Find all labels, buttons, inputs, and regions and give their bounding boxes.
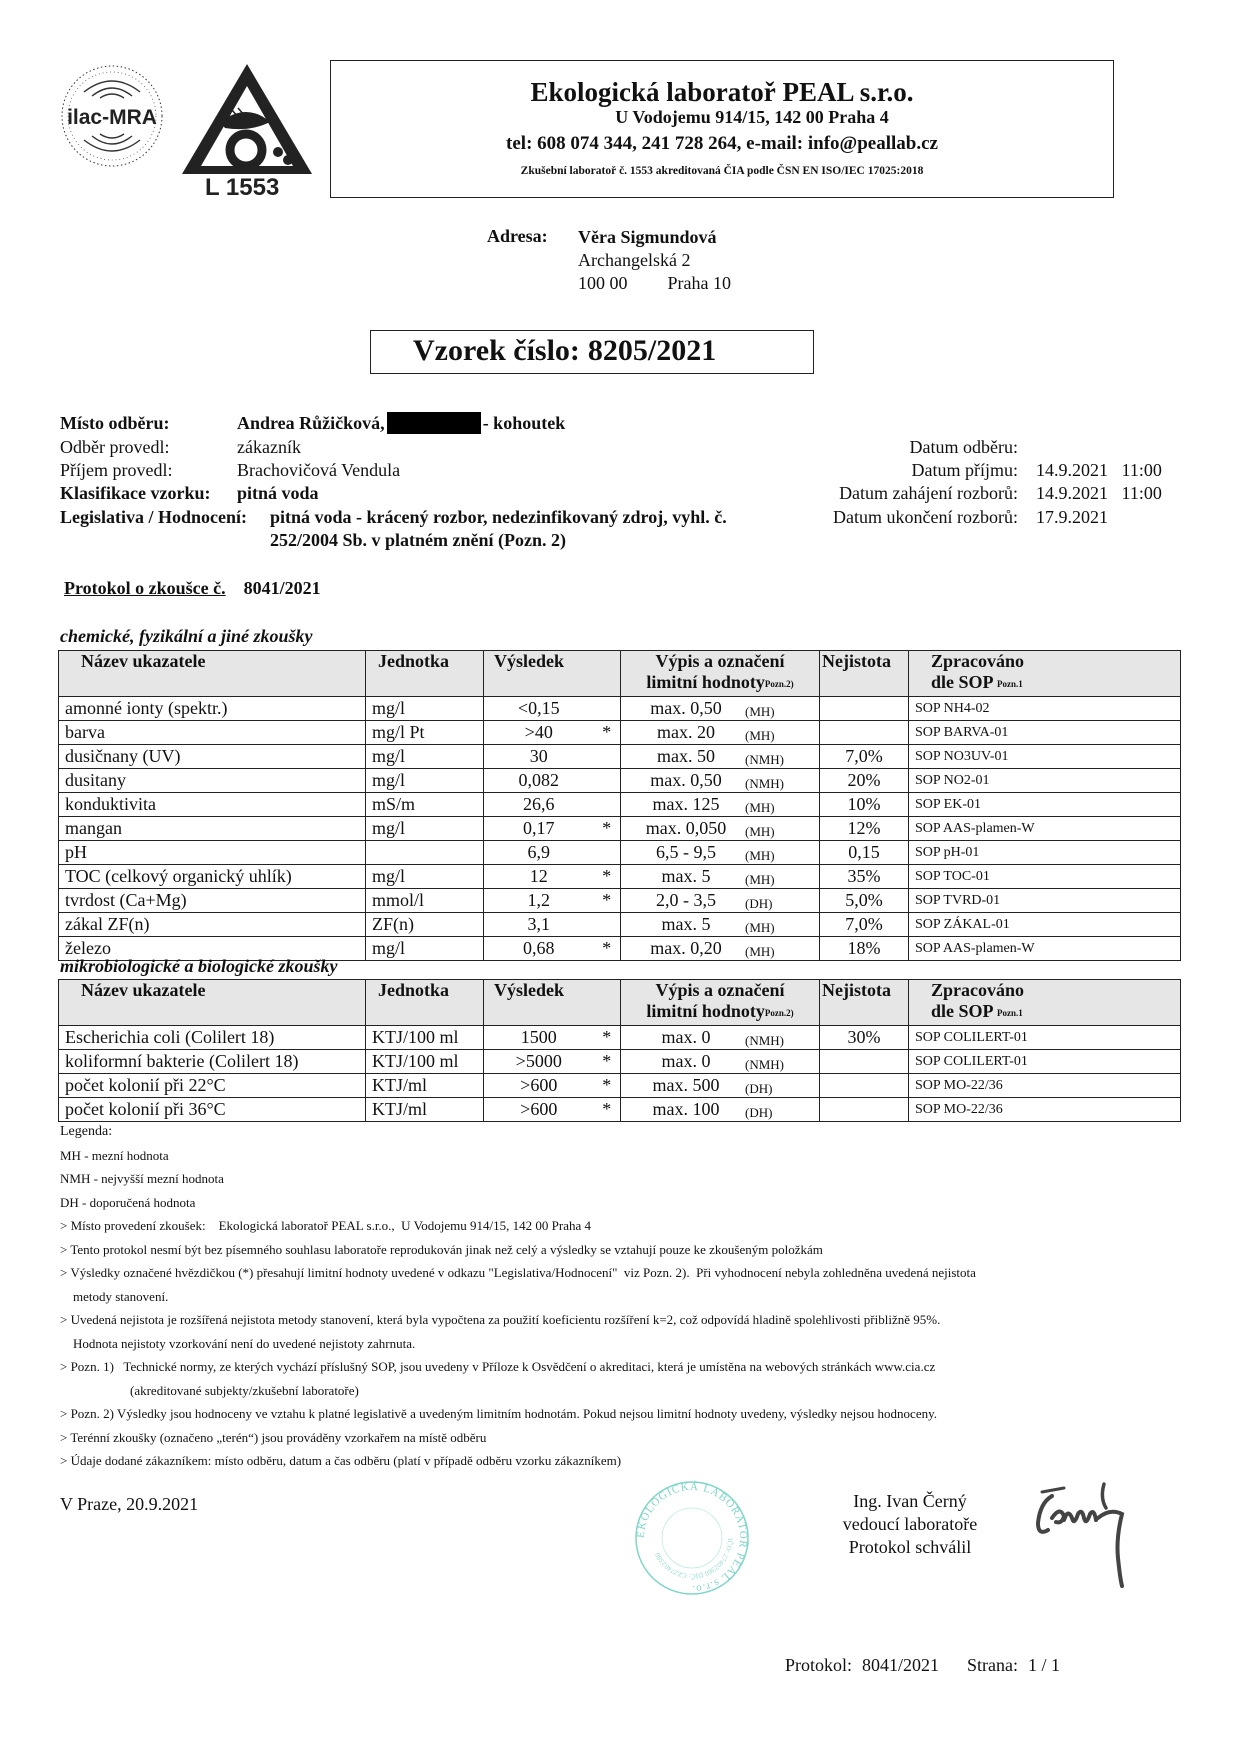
footer-page-value: 1 / 1	[1028, 1655, 1060, 1675]
row-exceed-marker: *	[594, 937, 621, 961]
signature	[1030, 1478, 1150, 1593]
lab-accreditation: Zkušební laboratoř č. 1553 akreditovaná …	[331, 165, 1113, 177]
row-limit-type: (MH)	[745, 944, 775, 959]
misto-odberu-value: Andrea Růžičková,- kohoutek	[237, 412, 565, 434]
row-name: dusičnany (UV)	[59, 745, 366, 769]
row-limit: max. 0,20(MH)	[621, 937, 820, 961]
legislativa-label: Legislativa / Hodnocení:	[60, 506, 247, 528]
row-sop: SOP MO-22/36	[909, 1098, 1181, 1122]
row-limit: max. 0(NMH)	[621, 1050, 820, 1074]
row-sop: SOP COLILERT-01	[909, 1050, 1181, 1074]
row-exceed-marker: *	[594, 1098, 621, 1122]
row-uncertainty: 10%	[820, 793, 909, 817]
legend-dh: DH - doporučená hodnota	[60, 1191, 976, 1215]
prijem-provedl-label: Příjem provedl:	[60, 459, 172, 481]
row-unit: mS/m	[366, 793, 484, 817]
sop-header-note: Pozn.1	[997, 1008, 1023, 1018]
col-star-header	[594, 651, 621, 697]
legislativa-value-1: pitná voda - krácený rozbor, nedezinfiko…	[270, 506, 727, 528]
col-uncertainty-header: Nejistota	[820, 651, 909, 697]
col-result-header: Výsledek	[484, 651, 594, 697]
table-row: počet kolonií při 22°CKTJ/ml>600*max. 50…	[59, 1074, 1181, 1098]
row-result: >600	[484, 1098, 594, 1122]
row-limit-type: (DH)	[745, 1105, 772, 1120]
row-limit: max. 5(MH)	[621, 913, 820, 937]
legend-note: > Pozn. 1) Technické normy, ze kterých v…	[60, 1355, 976, 1379]
row-uncertainty	[820, 1074, 909, 1098]
ilac-mra-logo: ilac-MRA	[58, 62, 166, 170]
micro-results-table: Název ukazatele Jednotka Výsledek Výpis …	[58, 979, 1181, 1122]
row-unit: mg/l	[366, 865, 484, 889]
row-limit-value: max. 500	[627, 1075, 745, 1096]
micro-section-title: mikrobiologické a biologické zkoušky	[60, 956, 337, 977]
row-name: konduktivita	[59, 793, 366, 817]
row-result: 6,9	[484, 841, 594, 865]
row-uncertainty: 30%	[820, 1026, 909, 1050]
row-uncertainty: 0,15	[820, 841, 909, 865]
table-row: tvrdost (Ca+Mg)mmol/l1,2*2,0 - 3,5(DH)5,…	[59, 889, 1181, 913]
row-name: amonné ionty (spektr.)	[59, 697, 366, 721]
legend-note: > Uvedená nejistota je rozšířená nejisto…	[60, 1308, 976, 1332]
row-result: 0,17	[484, 817, 594, 841]
legend-note: > Terénní zkoušky (označeno „terén“) jso…	[60, 1426, 976, 1450]
limit-header-note: Pozn.2)	[765, 1008, 794, 1018]
row-limit-type: (MH)	[745, 872, 775, 887]
row-exceed-marker: *	[594, 1074, 621, 1098]
row-unit: KTJ/ml	[366, 1074, 484, 1098]
datum-odberu-label: Datum odběru:	[718, 436, 1018, 458]
row-unit: ZF(n)	[366, 913, 484, 937]
row-unit: KTJ/ml	[366, 1098, 484, 1122]
col-uncertainty-header: Nejistota	[820, 980, 909, 1026]
row-result: 30	[484, 745, 594, 769]
svg-text:ilac-MRA: ilac-MRA	[67, 106, 157, 129]
misto-odberu-point: - kohoutek	[483, 413, 566, 433]
table-row: zákal ZF(n)ZF(n)3,1max. 5(MH)7,0%SOP ZÁK…	[59, 913, 1181, 937]
row-name: mangan	[59, 817, 366, 841]
row-limit: max. 50(NMH)	[621, 745, 820, 769]
legend-title: Legenda:	[60, 1120, 976, 1144]
footer-protocol-number: 8041/2021	[862, 1655, 939, 1675]
col-name-header: Název ukazatele	[59, 651, 366, 697]
legend-mh: MH - mezní hodnota	[60, 1144, 976, 1168]
row-unit: mg/l Pt	[366, 721, 484, 745]
accreditation-code: L 1553	[205, 174, 279, 202]
row-unit: mg/l	[366, 817, 484, 841]
row-sop: SOP pH-01	[909, 841, 1181, 865]
row-unit: KTJ/100 ml	[366, 1026, 484, 1050]
row-limit-value: max. 0,20	[627, 938, 745, 959]
row-uncertainty: 7,0%	[820, 745, 909, 769]
row-sop: SOP AAS-plamen-W	[909, 937, 1181, 961]
limit-header-line2: limitní hodnoty	[646, 1001, 765, 1021]
legend-note: > Tento protokol nesmí být bez písemného…	[60, 1238, 976, 1262]
row-limit: max. 0(NMH)	[621, 1026, 820, 1050]
row-limit-type: (NMH)	[745, 752, 784, 767]
row-sop: SOP NO2-01	[909, 769, 1181, 793]
legislativa-value-2: 252/2004 Sb. v platném znění (Pozn. 2)	[270, 529, 566, 551]
table-row: počet kolonií při 36°CKTJ/ml>600*max. 10…	[59, 1098, 1181, 1122]
limit-header-line1: Výpis a označení	[655, 980, 784, 1000]
row-unit: mg/l	[366, 769, 484, 793]
col-unit-header: Jednotka	[366, 980, 484, 1026]
table-row: TOC (celkový organický uhlík)mg/l12*max.…	[59, 865, 1181, 889]
row-result: 12	[484, 865, 594, 889]
row-limit-value: max. 0,50	[627, 698, 745, 719]
row-limit-value: max. 20	[627, 722, 745, 743]
col-star-header	[594, 980, 621, 1026]
row-uncertainty	[820, 1050, 909, 1074]
row-sop: SOP MO-22/36	[909, 1074, 1181, 1098]
row-result: >5000	[484, 1050, 594, 1074]
datum-zahajeni-label: Datum zahájení rozborů:	[718, 482, 1018, 504]
row-exceed-marker	[594, 745, 621, 769]
row-name: barva	[59, 721, 366, 745]
row-limit-type: (MH)	[745, 920, 775, 935]
row-limit-value: max. 0,050	[627, 818, 745, 839]
row-exceed-marker	[594, 769, 621, 793]
sop-header-line2: dle SOP	[931, 672, 993, 692]
address-street: Archangelská 2	[578, 249, 731, 272]
row-result: >40	[484, 721, 594, 745]
misto-odberu-name: Andrea Růžičková,	[237, 413, 385, 433]
row-uncertainty: 35%	[820, 865, 909, 889]
row-limit: 2,0 - 3,5(DH)	[621, 889, 820, 913]
table-row: konduktivitamS/m26,6max. 125(MH)10%SOP E…	[59, 793, 1181, 817]
row-limit: max. 0,50(MH)	[621, 697, 820, 721]
protocol-label: Protokol o zkoušce č.	[64, 578, 226, 598]
table-row: pH6,96,5 - 9,5(MH)0,15SOP pH-01	[59, 841, 1181, 865]
row-result: 26,6	[484, 793, 594, 817]
row-result: >600	[484, 1074, 594, 1098]
legend-note: metody stanovení.	[60, 1285, 976, 1309]
row-limit-type: (NMH)	[745, 776, 784, 791]
row-unit: mmol/l	[366, 889, 484, 913]
datum-prijmu-label: Datum příjmu:	[718, 459, 1018, 481]
protocol-number: 8041/2021	[244, 578, 321, 598]
table-row: manganmg/l0,17*max. 0,050(MH)12%SOP AAS-…	[59, 817, 1181, 841]
col-name-header: Název ukazatele	[59, 980, 366, 1026]
row-exceed-marker: *	[594, 889, 621, 913]
row-limit-type: (NMH)	[745, 1057, 784, 1072]
row-name: zákal ZF(n)	[59, 913, 366, 937]
row-unit: mg/l	[366, 745, 484, 769]
row-sop: SOP AAS-plamen-W	[909, 817, 1181, 841]
legend-nmh: NMH - nejvyšší mezní hodnota	[60, 1167, 976, 1191]
col-sop-header: Zpracovánodle SOP Pozn.1	[909, 651, 1181, 697]
row-limit-value: max. 0	[627, 1027, 745, 1048]
odber-provedl-value: zákazník	[237, 436, 301, 458]
row-name: dusitany	[59, 769, 366, 793]
row-limit: max. 0,050(MH)	[621, 817, 820, 841]
datum-prijmu-value: 14.9.2021 11:00	[1036, 459, 1162, 481]
address-label: Adresa:	[487, 226, 548, 247]
sop-header-line1: Zpracováno	[931, 651, 1024, 671]
limit-header-note: Pozn.2)	[765, 679, 794, 689]
limit-header-line1: Výpis a označení	[655, 651, 784, 671]
col-sop-header: Zpracovánodle SOP Pozn.1	[909, 980, 1181, 1026]
row-limit-value: max. 0,50	[627, 770, 745, 791]
col-limit-header: Výpis a označenílimitní hodnotyPozn.2)	[621, 651, 820, 697]
sample-number-label: Vzorek číslo:	[413, 334, 580, 367]
row-limit: 6,5 - 9,5(MH)	[621, 841, 820, 865]
row-limit-value: max. 0	[627, 1051, 745, 1072]
row-result: <0,15	[484, 697, 594, 721]
col-limit-header: Výpis a označenílimitní hodnotyPozn.2)	[621, 980, 820, 1026]
row-sop: SOP BARVA-01	[909, 721, 1181, 745]
address-city-line: 100 00Praha 10	[578, 272, 731, 295]
row-sop: SOP NO3UV-01	[909, 745, 1181, 769]
row-uncertainty	[820, 1098, 909, 1122]
table-row: dusitanymg/l0,082max. 0,50(NMH)20%SOP NO…	[59, 769, 1181, 793]
table-row: amonné ionty (spektr.)mg/l<0,15max. 0,50…	[59, 697, 1181, 721]
row-limit: max. 5(MH)	[621, 865, 820, 889]
row-limit-type: (MH)	[745, 728, 775, 743]
row-result: 3,1	[484, 913, 594, 937]
signer-name: Ing. Ivan Černý	[820, 1490, 1000, 1513]
row-uncertainty	[820, 721, 909, 745]
row-limit-type: (MH)	[745, 824, 775, 839]
legend-note: > Místo provedení zkoušek: Ekologická la…	[60, 1214, 976, 1238]
row-name: počet kolonií při 22°C	[59, 1074, 366, 1098]
row-uncertainty: 20%	[820, 769, 909, 793]
row-exceed-marker: *	[594, 817, 621, 841]
row-uncertainty: 7,0%	[820, 913, 909, 937]
row-limit-type: (MH)	[745, 800, 775, 815]
address-city: Praha 10	[668, 273, 731, 293]
sop-header-note: Pozn.1	[997, 679, 1023, 689]
klasifikace-label: Klasifikace vzorku:	[60, 482, 211, 504]
sop-header-line1: Zpracováno	[931, 980, 1024, 1000]
datum-zahajeni-value: 14.9.2021 11:00	[1036, 482, 1162, 504]
legend-note: Hodnota nejistoty vzorkování není do uve…	[60, 1332, 976, 1356]
row-uncertainty: 18%	[820, 937, 909, 961]
row-result: 1500	[484, 1026, 594, 1050]
row-unit	[366, 841, 484, 865]
row-limit-value: max. 5	[627, 866, 745, 887]
address-zip: 100 00	[578, 273, 628, 293]
legend-note: > Výsledky označené hvězdičkou (*) přesa…	[60, 1261, 976, 1285]
lab-header-box: Ekologická laboratoř PEAL s.r.o. U Vodoj…	[330, 60, 1114, 198]
row-limit-value: max. 50	[627, 746, 745, 767]
row-limit-value: 6,5 - 9,5	[627, 842, 745, 863]
row-sop: SOP TOC-01	[909, 865, 1181, 889]
cia-accreditation-logo	[180, 62, 315, 182]
legend-note: > Údaje dodané zákazníkem: místo odběru,…	[60, 1449, 976, 1473]
sample-number: 8205/2021	[588, 334, 716, 367]
lab-contact: tel: 608 074 344, 241 728 264, e-mail: i…	[331, 131, 1113, 157]
redacted-block	[387, 412, 481, 434]
row-sop: SOP ZÁKAL-01	[909, 913, 1181, 937]
row-uncertainty: 5,0%	[820, 889, 909, 913]
row-exceed-marker: *	[594, 721, 621, 745]
sample-number-box: Vzorek číslo:8205/2021	[370, 330, 814, 374]
table-row: Escherichia coli (Colilert 18)KTJ/100 ml…	[59, 1026, 1181, 1050]
row-unit: mg/l	[366, 937, 484, 961]
footer-protocol-label: Protokol:	[785, 1655, 852, 1675]
limit-header-line2: limitní hodnoty	[646, 672, 765, 692]
address-name: Věra Sigmundová	[578, 226, 731, 249]
row-limit: max. 100(DH)	[621, 1098, 820, 1122]
row-limit-value: 2,0 - 3,5	[627, 890, 745, 911]
row-limit: max. 500(DH)	[621, 1074, 820, 1098]
row-limit: max. 20(MH)	[621, 721, 820, 745]
row-limit-value: max. 5	[627, 914, 745, 935]
table-header-row: Název ukazatele Jednotka Výsledek Výpis …	[59, 980, 1181, 1026]
datum-ukonceni-value: 17.9.2021	[1036, 506, 1108, 528]
row-sop: SOP NH4-02	[909, 697, 1181, 721]
address-block: Věra Sigmundová Archangelská 2 100 00Pra…	[578, 226, 731, 295]
misto-odberu-label: Místo odběru:	[60, 412, 170, 434]
protocol-number-line: Protokol o zkoušce č.8041/2021	[64, 578, 321, 599]
legend-note: (akreditované subjekty/zkušební laborato…	[60, 1379, 976, 1403]
row-limit-type: (DH)	[745, 1081, 772, 1096]
col-unit-header: Jednotka	[366, 651, 484, 697]
lab-name: Ekologická laboratoř PEAL s.r.o.	[331, 77, 1113, 107]
sop-header-line2: dle SOP	[931, 1001, 993, 1021]
chem-results-table: Název ukazatele Jednotka Výsledek Výpis …	[58, 650, 1181, 961]
lab-stamp: EKOLOGICKÁ LABORATOŘ PEAL s.r.o. IČO: 27…	[632, 1478, 752, 1598]
legend-note: > Pozn. 2) Výsledky jsou hodnoceny ve vz…	[60, 1402, 976, 1426]
row-uncertainty	[820, 697, 909, 721]
row-exceed-marker	[594, 793, 621, 817]
page-footer: Protokol:8041/2021Strana:1 / 1	[785, 1655, 1060, 1676]
odber-provedl-label: Odběr provedl:	[60, 436, 169, 458]
table-header-row: Název ukazatele Jednotka Výsledek Výpis …	[59, 651, 1181, 697]
row-limit-type: (MH)	[745, 704, 775, 719]
signer-note: Protokol schválil	[820, 1536, 1000, 1559]
lab-address: U Vodojemu 914/15, 142 00 Praha 4	[331, 107, 1113, 127]
row-limit-value: max. 125	[627, 794, 745, 815]
table-row: koliformní bakterie (Colilert 18)KTJ/100…	[59, 1050, 1181, 1074]
row-exceed-marker: *	[594, 865, 621, 889]
row-limit-value: max. 100	[627, 1099, 745, 1120]
row-limit: max. 0,50(NMH)	[621, 769, 820, 793]
footer-page-label: Strana:	[967, 1655, 1018, 1675]
row-sop: SOP COLILERT-01	[909, 1026, 1181, 1050]
datum-ukonceni-label: Datum ukončení rozborů:	[718, 506, 1018, 528]
row-name: počet kolonií při 36°C	[59, 1098, 366, 1122]
row-name: tvrdost (Ca+Mg)	[59, 889, 366, 913]
signer-block: Ing. Ivan Černý vedoucí laboratoře Proto…	[820, 1490, 1000, 1559]
row-sop: SOP TVRD-01	[909, 889, 1181, 913]
klasifikace-value: pitná voda	[237, 482, 319, 504]
row-name: pH	[59, 841, 366, 865]
row-result: 0,68	[484, 937, 594, 961]
row-limit-type: (NMH)	[745, 1033, 784, 1048]
row-exceed-marker	[594, 697, 621, 721]
col-result-header: Výsledek	[484, 980, 594, 1026]
table-row: dusičnany (UV)mg/l30max. 50(NMH)7,0%SOP …	[59, 745, 1181, 769]
row-unit: mg/l	[366, 697, 484, 721]
row-exceed-marker: *	[594, 1026, 621, 1050]
row-exceed-marker: *	[594, 1050, 621, 1074]
prijem-provedl-value: Brachovičová Vendula	[237, 459, 400, 481]
chem-section-title: chemické, fyzikální a jiné zkoušky	[60, 626, 312, 647]
row-sop: SOP EK-01	[909, 793, 1181, 817]
row-result: 0,082	[484, 769, 594, 793]
row-result: 1,2	[484, 889, 594, 913]
row-name: Escherichia coli (Colilert 18)	[59, 1026, 366, 1050]
row-exceed-marker	[594, 841, 621, 865]
place-date: V Praze, 20.9.2021	[60, 1494, 198, 1515]
row-limit-type: (DH)	[745, 896, 772, 911]
table-row: barvamg/l Pt>40*max. 20(MH)SOP BARVA-01	[59, 721, 1181, 745]
row-limit-type: (MH)	[745, 848, 775, 863]
row-unit: KTJ/100 ml	[366, 1050, 484, 1074]
row-limit: max. 125(MH)	[621, 793, 820, 817]
signer-role: vedoucí laboratoře	[820, 1513, 1000, 1536]
row-name: TOC (celkový organický uhlík)	[59, 865, 366, 889]
row-uncertainty: 12%	[820, 817, 909, 841]
row-exceed-marker	[594, 913, 621, 937]
legend-block: Legenda: MH - mezní hodnota NMH - nejvyš…	[60, 1120, 976, 1473]
row-name: koliformní bakterie (Colilert 18)	[59, 1050, 366, 1074]
